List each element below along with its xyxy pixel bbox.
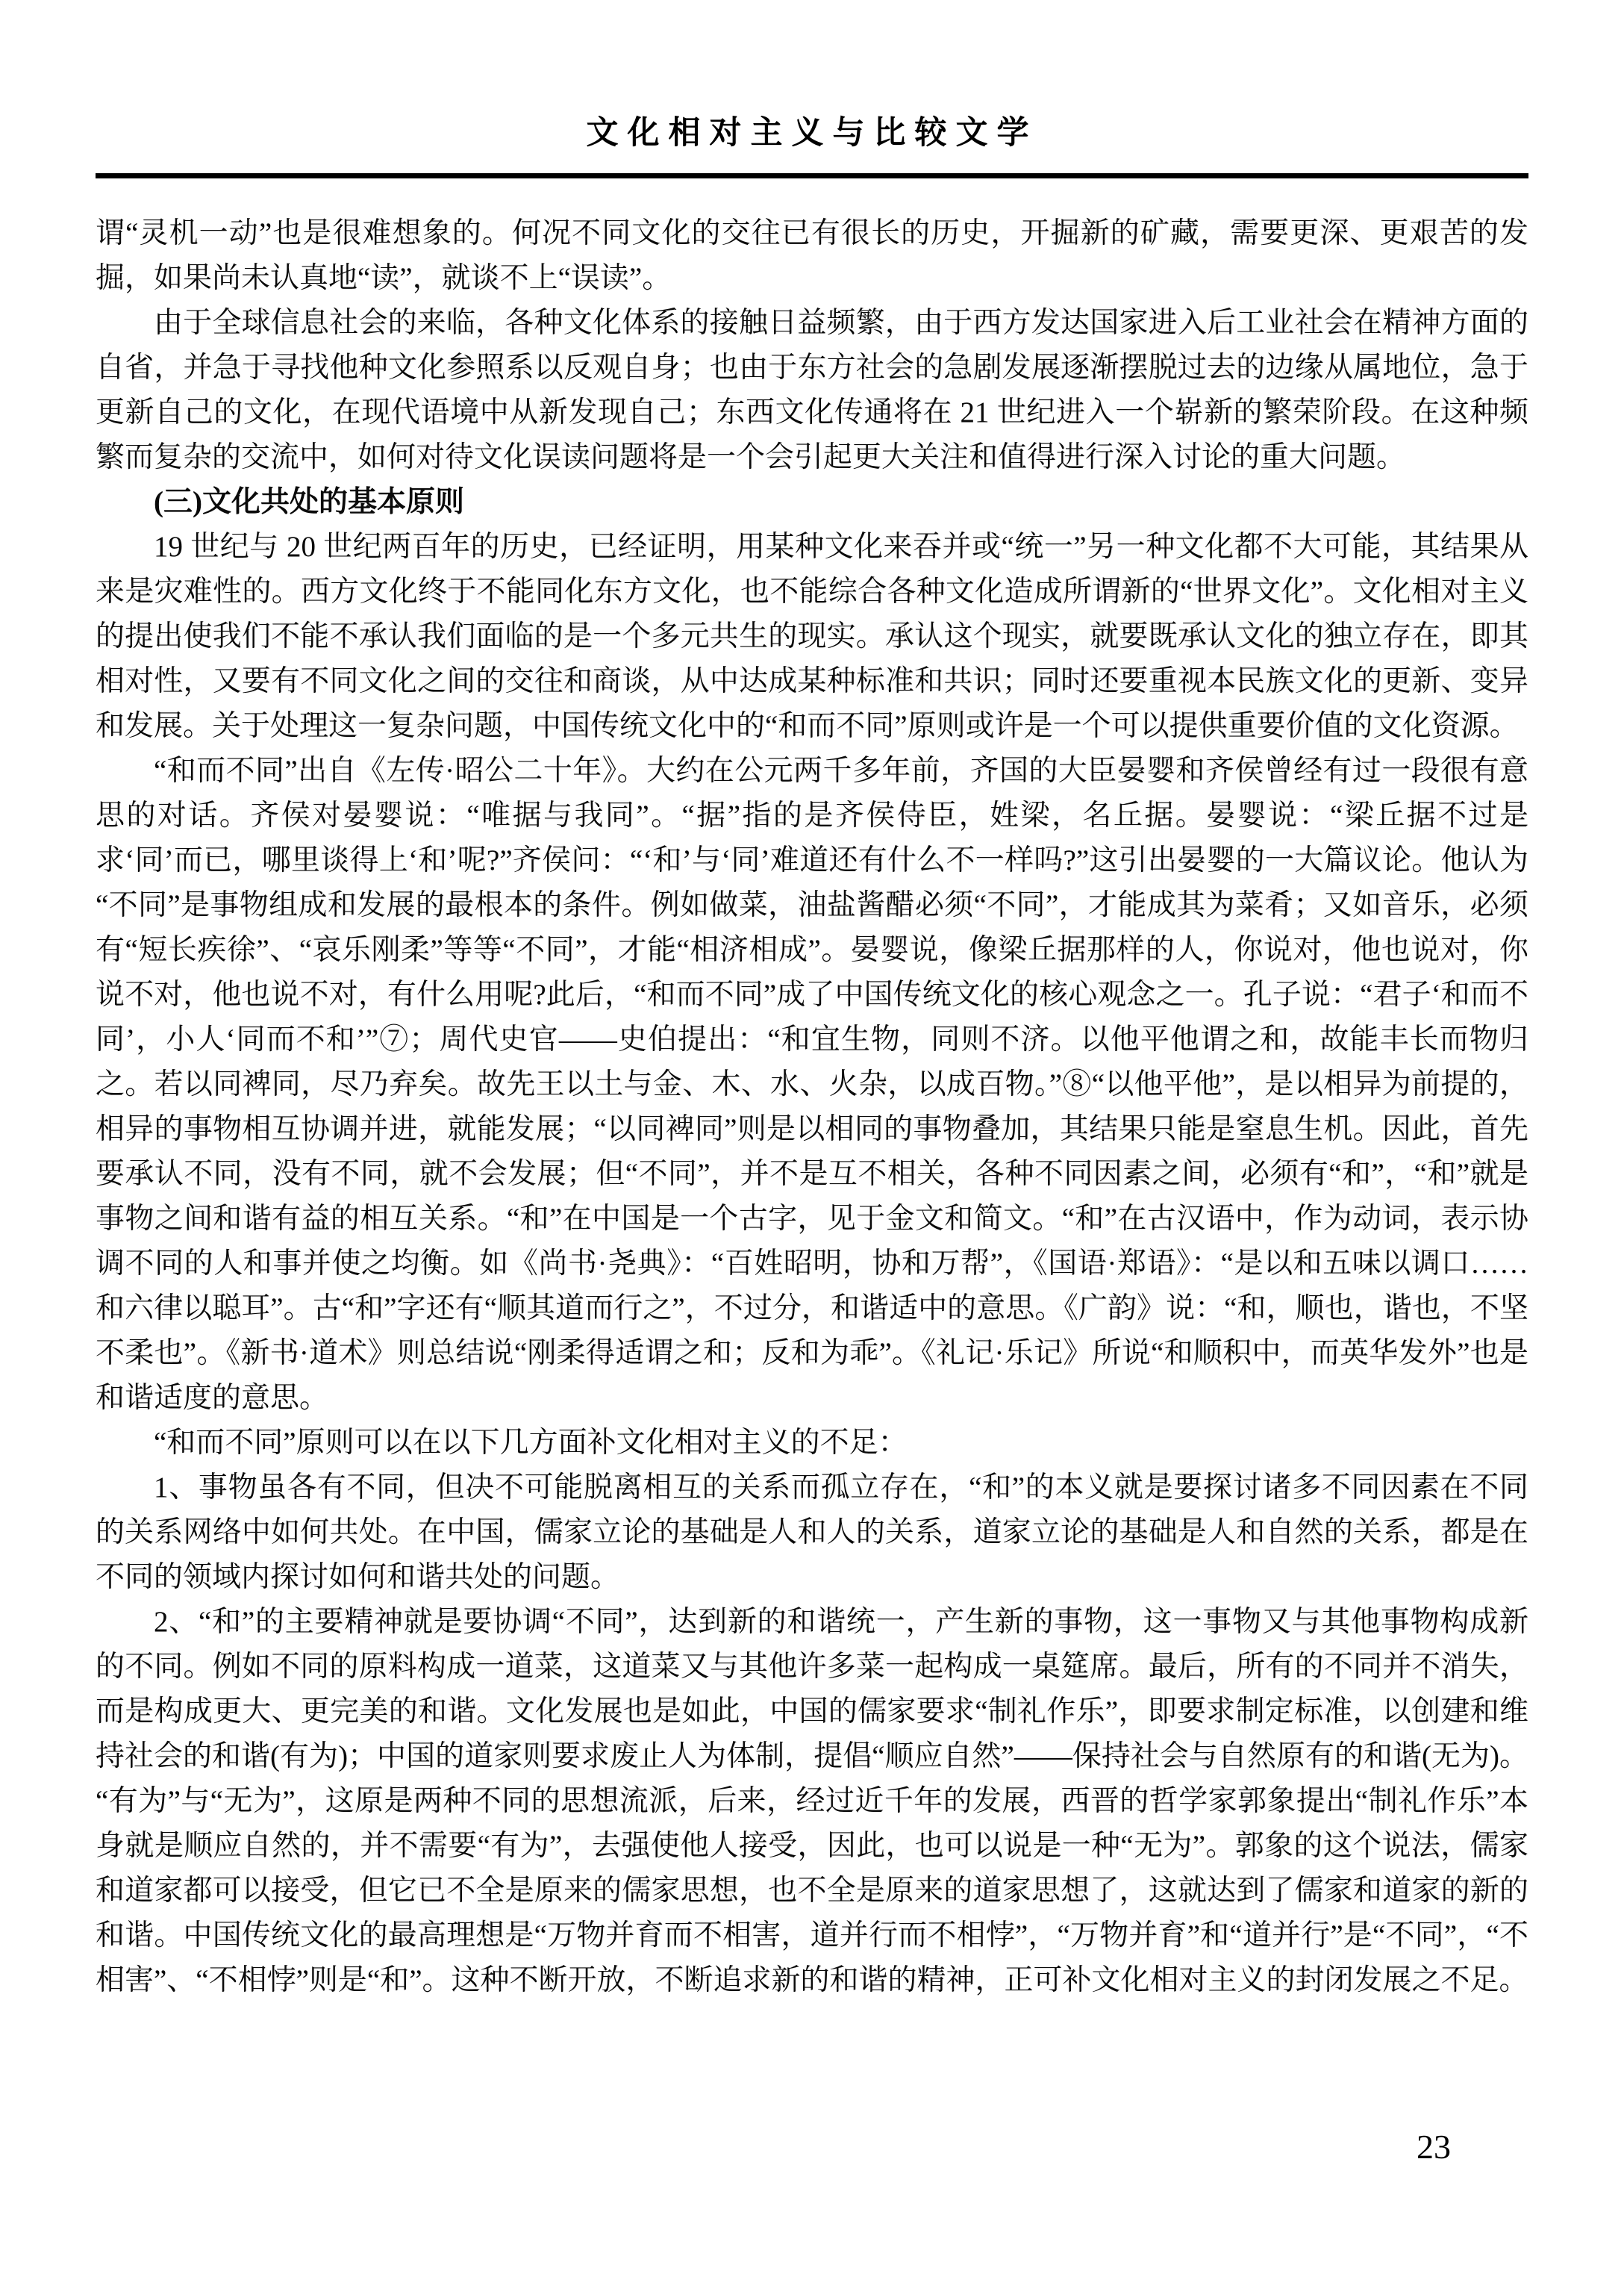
header-rule [96, 173, 1528, 178]
section-heading: (三)文化共处的基本原则 [96, 480, 1528, 525]
paragraph-continuation: 谓“灵机一动”也是很难想象的。何况不同文化的交往已有很长的历史，开掘新的矿藏，需… [96, 211, 1528, 301]
paragraph: 19 世纪与 20 世纪两百年的历史，已经证明，用某种文化来吞并或“统一”另一种… [96, 525, 1528, 749]
paragraph: 由于全球信息社会的来临，各种文化体系的接触日益频繁，由于西方发达国家进入后工业社… [96, 301, 1528, 480]
page-header: 文化相对主义与比较文学 [96, 112, 1528, 178]
paragraph-list-item-1: 1、事物虽各有不同，但决不可能脱离相互的关系而孤立存在，“和”的本义就是要探讨诸… [96, 1465, 1528, 1600]
page-body: 谓“灵机一动”也是很难想象的。何况不同文化的交往已有很长的历史，开掘新的矿藏，需… [96, 211, 1528, 2003]
paragraph-list-item-2: 2、“和”的主要精神就是要协调“不同”，达到新的和谐统一，产生新的事物，这一事物… [96, 1600, 1528, 2003]
paragraph: “和而不同”原则可以在以下几方面补文化相对主义的不足： [96, 1421, 1528, 1465]
document-page: 文化相对主义与比较文学 谓“灵机一动”也是很难想象的。何况不同文化的交往已有很长… [0, 0, 1624, 2271]
running-header-title: 文化相对主义与比较文学 [96, 112, 1528, 155]
page-number: 23 [1417, 2127, 1451, 2166]
paragraph: “和而不同”出自《左传·昭公二十年》。大约在公元两千多年前，齐国的大臣晏婴和齐侯… [96, 749, 1528, 1421]
